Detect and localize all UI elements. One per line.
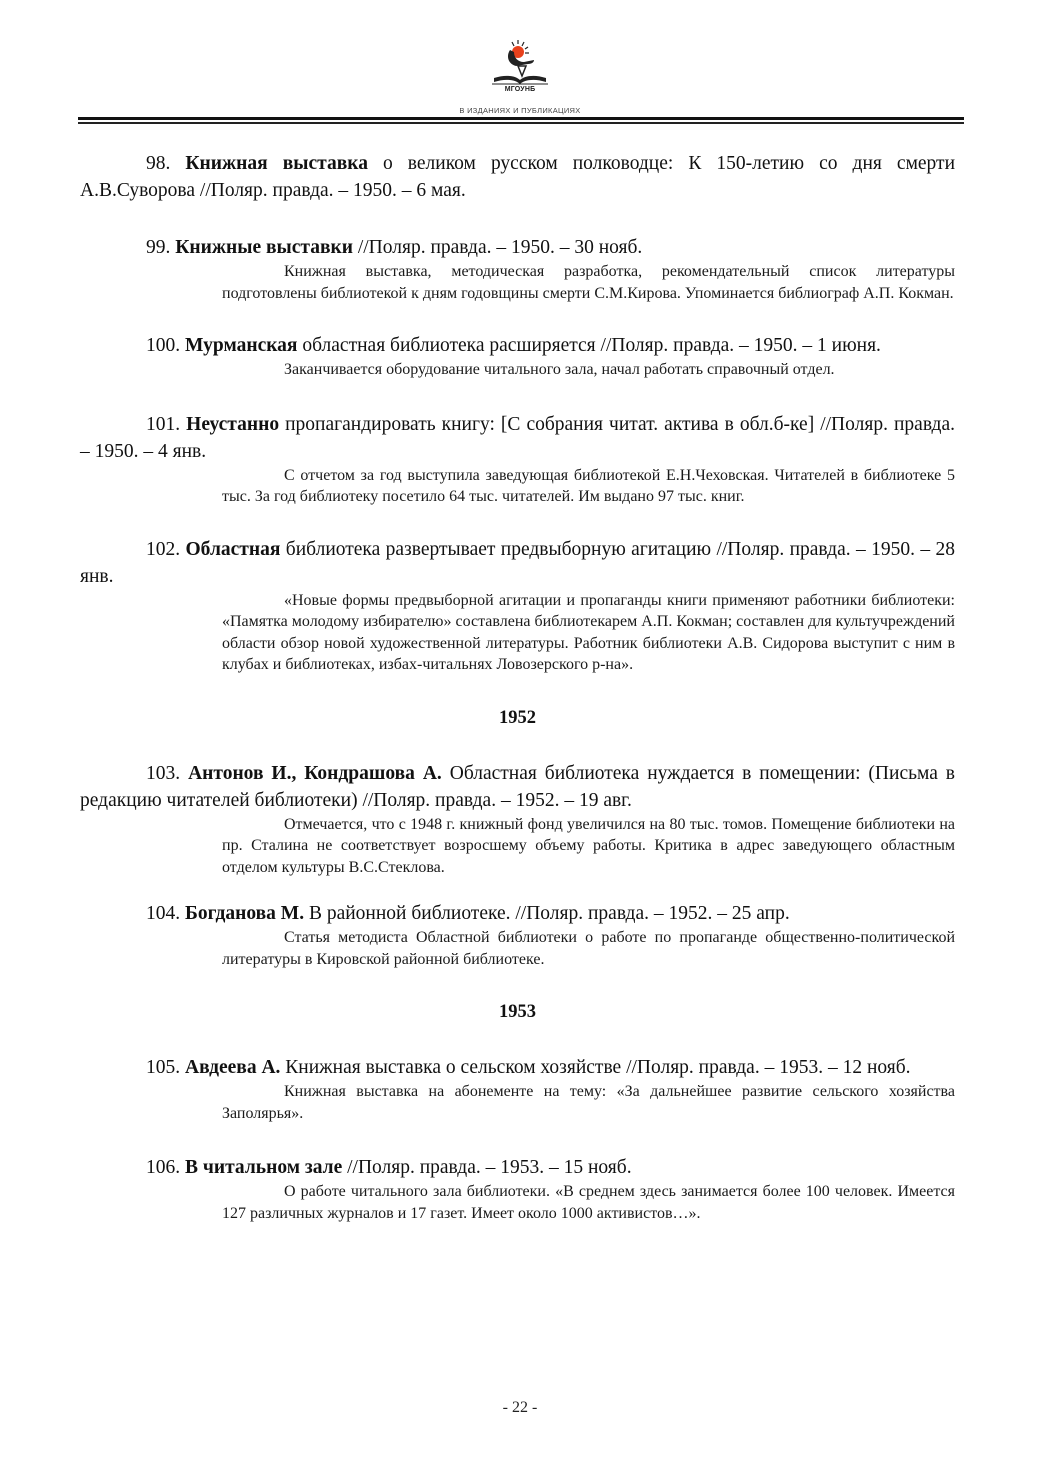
entry-citation: 106. В читальном зале //Поляр. правда. –… xyxy=(80,1154,955,1181)
entry-citation: 98. Книжная выставка о великом русском п… xyxy=(80,150,955,204)
entry-annotation: Статья методиста Областной библиотеки о … xyxy=(222,927,955,970)
library-logo-icon xyxy=(488,38,552,88)
bibliography-entry-102: 102. Областная библиотека развертывает п… xyxy=(80,536,955,676)
bibliography-entry-106: 106. В читальном зале //Поляр. правда. –… xyxy=(80,1154,955,1224)
bibliography-list: 98. Книжная выставка о великом русском п… xyxy=(80,150,955,1224)
entry-citation: 103. Антонов И., Кондрашова А. Областная… xyxy=(80,760,955,814)
entry-citation: 105. Авдеева А. Книжная выставка о сельс… xyxy=(80,1054,955,1081)
logo-label: МГОУНБ xyxy=(470,86,570,93)
bibliography-entry-101: 101. Неустанно пропагандировать книгу: [… xyxy=(80,411,955,508)
year-heading-1953: 1953 xyxy=(80,1000,955,1024)
entry-annotation: Заканчивается оборудование читального за… xyxy=(222,359,955,381)
entry-annotation: Книжная выставка на абонементе на тему: … xyxy=(222,1081,955,1124)
entry-annotation: «Новые формы предвыборной агитации и про… xyxy=(222,590,955,676)
bibliography-entry-104: 104. Богданова М. В районной библиотеке.… xyxy=(80,900,955,970)
header-divider xyxy=(78,117,964,125)
entry-citation: 102. Областная библиотека развертывает п… xyxy=(80,536,955,590)
bibliography-entry-99: 99. Книжные выставки //Поляр. правда. – … xyxy=(80,234,955,304)
entry-annotation: Книжная выставка, методическая разработк… xyxy=(222,261,955,304)
entry-annotation: Отмечается, что с 1948 г. книжный фонд у… xyxy=(222,814,955,879)
header-subtitle: В ИЗДАНИЯХ И ПУБЛИКАЦИЯХ xyxy=(380,106,660,115)
bibliography-entry-103: 103. Антонов И., Кондрашова А. Областная… xyxy=(80,760,955,879)
bibliography-entry-100: 100. Мурманская областная библиотека рас… xyxy=(80,332,955,381)
entry-citation: 101. Неустанно пропагандировать книгу: [… xyxy=(80,411,955,465)
page-header: МГОУНБ В ИЗДАНИЯХ И ПУБЛИКАЦИЯХ xyxy=(0,0,1040,130)
entry-annotation: О работе читального зала библиотеки. «В … xyxy=(222,1181,955,1224)
bibliography-entry-98: 98. Книжная выставка о великом русском п… xyxy=(80,150,955,204)
page-number: - 22 - xyxy=(470,1399,570,1417)
entry-citation: 99. Книжные выставки //Поляр. правда. – … xyxy=(80,234,955,261)
entry-citation: 100. Мурманская областная библиотека рас… xyxy=(80,332,955,359)
bibliography-entry-105: 105. Авдеева А. Книжная выставка о сельс… xyxy=(80,1054,955,1124)
entry-annotation: С отчетом за год выступила заведующая би… xyxy=(222,465,955,508)
entry-citation: 104. Богданова М. В районной библиотеке.… xyxy=(80,900,955,927)
year-heading-1952: 1952 xyxy=(80,706,955,730)
